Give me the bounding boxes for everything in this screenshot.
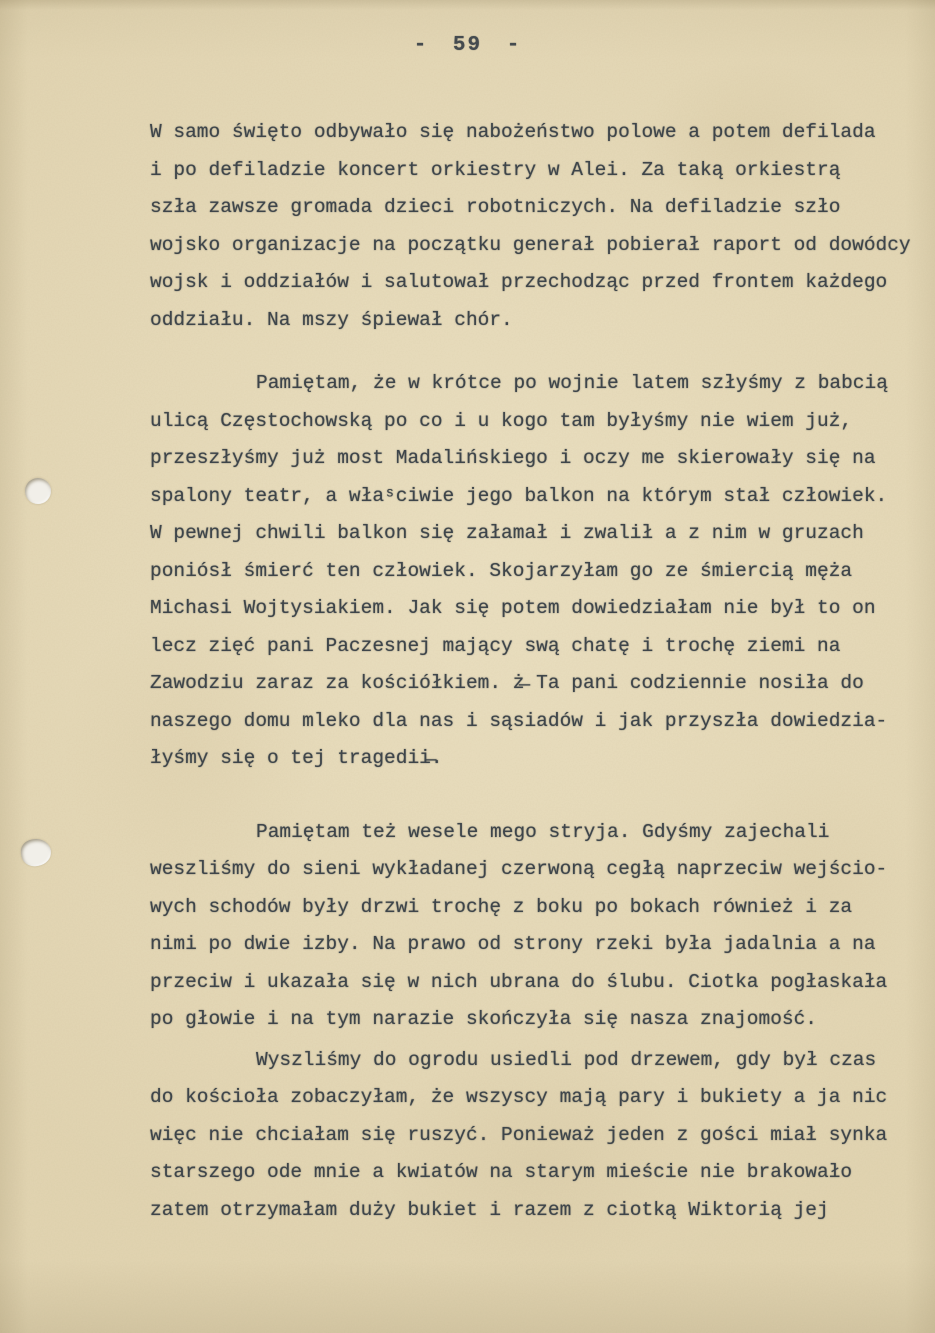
text-line: weszliśmy do sieni wykładanej czerwoną c… — [150, 851, 930, 889]
text-line: łyśmy się o tej tragedii̶. — [150, 740, 930, 778]
text-line: Pamiętam, że w krótce po wojnie latem sz… — [150, 365, 930, 403]
text-line: Zawodziu zaraz za kościółkiem. ż̶ Ta pan… — [150, 665, 930, 703]
paragraph: Pamiętam, że w krótce po wojnie latem sz… — [150, 365, 930, 778]
text-line: zatem otrzymałam duży bukiet i razem z c… — [150, 1192, 930, 1230]
paragraph: Pamiętam też wesele mego stryja. Gdyśmy … — [150, 814, 930, 1039]
text-line: starszego ode mnie a kwiatów na starym m… — [150, 1154, 930, 1192]
text-line: oddziału. Na mszy śpiewał chór. — [150, 302, 930, 340]
page-number: - 59 - — [0, 34, 935, 57]
punch-hole-bottom — [19, 837, 52, 868]
text-line: wych schodów były drzwi trochę z boku po… — [150, 889, 930, 927]
document-page: - 59 - W samo święto odbywało się naboże… — [0, 0, 935, 1333]
text-line: naszego domu mleko dla nas i sąsiadów i … — [150, 703, 930, 741]
text-line: Wyszliśmy do ogrodu usiedli pod drzewem,… — [150, 1042, 930, 1080]
text-line: Michasi Wojtysiakiem. Jak się potem dowi… — [150, 590, 930, 628]
text-line: wojsko organizacje na początku generał p… — [150, 227, 930, 265]
text-line: po głowie i na tym narazie skończyła się… — [150, 1001, 930, 1039]
text-line: przeszłyśmy już most Madalińskiego i ocz… — [150, 440, 930, 478]
text-line: wojsk i oddziałów i salutował przechodzą… — [150, 264, 930, 302]
text-line: spalony teatr, a właˢciwie jego balkon n… — [150, 478, 930, 516]
text-line: Pamiętam też wesele mego stryja. Gdyśmy … — [150, 814, 930, 852]
text-line: ulicą Częstochowską po co i u kogo tam b… — [150, 403, 930, 441]
text-line: W pewnej chwili balkon się załamał i zwa… — [150, 515, 930, 553]
text-line: do kościoła zobaczyłam, że wszyscy mają … — [150, 1079, 930, 1117]
text-line: W samo święto odbywało się nabożeństwo p… — [150, 114, 930, 152]
text-line: przeciw i ukazała się w nich ubrana do ś… — [150, 964, 930, 1002]
text-line: szła zawsze gromada dzieci robotniczych.… — [150, 189, 930, 227]
text-line: więc nie chciałam się ruszyć. Ponieważ j… — [150, 1117, 930, 1155]
text-block: W samo święto odbywało się nabożeństwo p… — [150, 114, 930, 1229]
text-line: nimi po dwie izby. Na prawo od strony rz… — [150, 926, 930, 964]
text-line: i po defiladzie koncert orkiestry w Alei… — [150, 152, 930, 190]
paragraph: W samo święto odbywało się nabożeństwo p… — [150, 114, 930, 339]
punch-hole-top — [25, 478, 51, 504]
text-line: poniósł śmierć ten człowiek. Skojarzyłam… — [150, 553, 930, 591]
paragraph: Wyszliśmy do ogrodu usiedli pod drzewem,… — [150, 1042, 930, 1230]
text-line: lecz zięć pani Paczesnej mający swą chat… — [150, 628, 930, 666]
